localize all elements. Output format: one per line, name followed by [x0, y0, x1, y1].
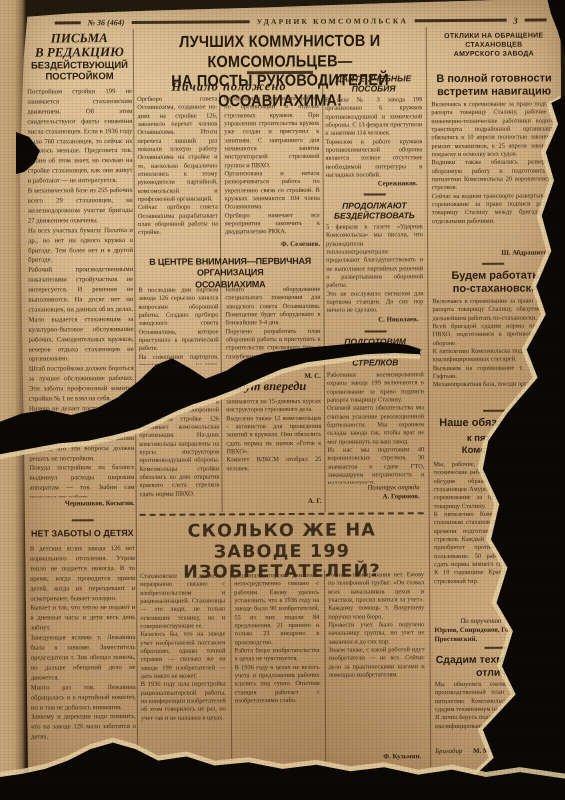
nachalo-signature: Ф. Селезнев.: [225, 241, 320, 249]
letters-header: ПИСЬМА В РЕДАКЦИЮ: [27, 31, 132, 60]
column-rule: [219, 92, 223, 512]
masthead-rule: [131, 21, 249, 24]
dajte-body: В цехе № 3 завода 199 организовано 6 кру…: [325, 96, 422, 179]
letters-article2-signature: Е. Дороднов.: [31, 747, 129, 755]
section-prodolzhayut-title: ПРОДОЛЖАЮТ БЕЗДЕЙСТВОВАТЬ: [326, 200, 423, 221]
centre-col1: В последние дни партком завода 126 серье…: [138, 286, 218, 364]
masthead-rule: [55, 22, 81, 25]
idut-col1: Активное участие в развертывании оборонн…: [139, 398, 220, 510]
section-idut-title: Комсомольцы идут впереди: [139, 379, 321, 395]
letters-article1-signature: Чернышков, Косыгин.: [30, 500, 135, 508]
right-r3-sig-intro: По поручению общего собрания:: [434, 617, 554, 625]
article-divider: [365, 330, 387, 332]
letters-article1-body: Постройком стройки 199 не занимается ста…: [27, 87, 135, 498]
kolko-signature: Ф. Кузьмин.: [329, 753, 421, 761]
right-r3-body: Мы, рабочие, служащие и инженерно-технич…: [433, 460, 560, 617]
column-rule: [230, 570, 232, 768]
right-kicker: ОТКЛИКИ НА ОБРАЩЕНИЕ СТАХАНОВЦЕВ АМУРСКО…: [431, 31, 557, 59]
idut-signature: А. Г.: [227, 498, 322, 506]
right-r3-title: Наше обязательство: [433, 416, 559, 429]
podgotovim-body: Работники военизированной охраны завода …: [327, 371, 425, 484]
section-nachalo-title: Начало положено: [137, 79, 321, 95]
article-divider: [483, 410, 505, 412]
kolko-col3: точного планирования нет. Ежову по телеф…: [328, 571, 425, 752]
nachalo-col1: Оргбюро совета Осоавиахима, созданное на…: [137, 95, 218, 245]
article-divider: [485, 647, 507, 649]
article-divider: [364, 193, 386, 195]
right-r1-signature: Ш. Абдрашитов.: [432, 249, 552, 257]
section-rule: [140, 512, 424, 516]
centre-col2: Начато оборудование специального помещен…: [225, 286, 321, 371]
right-r4-body: Мы обязуемся ежемесячно выполнять произв…: [435, 680, 561, 747]
dajte-signature: Сережников.: [326, 180, 418, 188]
podgotovim-signature-role: Политрук отряда: [328, 484, 420, 492]
right-r3-subtitle: к пятилетию Комсомольска: [433, 432, 559, 457]
podgotovim-signature: А. Горюнов.: [328, 493, 420, 501]
headline-underline: [247, 71, 313, 74]
letters-article1-title: БЕЗДЕЙСТВУЮЩИЙ ПОСТРОЙКОМ: [27, 61, 132, 83]
right-r3-signature: Юрлов, Спиридонов, Головченко, Простянск…: [434, 626, 556, 644]
idut-col2: занимаются на 15-дневных курсах инструкт…: [226, 398, 322, 497]
masthead: № 36 (464) УДАРНИК КОМСОМОЛЬСКА 3: [55, 12, 547, 30]
section-dajte-title: ДАЙТЕ УЧЕБНЫЕ ПОСОБИЯ: [325, 73, 422, 94]
prodolzhayut-body: 5 февраля в газете «Ударник Комсомольска…: [326, 223, 424, 316]
article-divider: [482, 263, 504, 265]
newspaper-scan: № 36 (464) УДАРНИК КОМСОМОЛЬСКА 3 ПИСЬМА…: [0, 0, 565, 800]
kolko-col2: рационализаторское движение непосредстве…: [234, 572, 320, 769]
newspaper-page: № 36 (464) УДАРНИК КОМСОМОЛЬСКА 3 ПИСЬМА…: [19, 0, 565, 800]
kolko-col1: Стахановское движение неразрывно связано…: [140, 572, 226, 769]
right-r4-signature: М. Машкина.: [473, 747, 557, 755]
article-divider: [72, 519, 94, 521]
nachalo-col2: Осоавиахима развернута работа по организ…: [224, 95, 320, 240]
right-r1-title: В полной готовности встретим навигацию: [431, 72, 557, 99]
masthead-rule: [415, 19, 506, 22]
right-r4-title: Сдадим техминимум на отлично: [435, 653, 561, 679]
newspaper-title: УДАРНИК КОМСОМОЛЬСКА: [257, 16, 409, 26]
right-r1-body: Включаясь в соревнование за право подпис…: [431, 100, 558, 249]
right-r2-title: Будем работать по-стахановски: [432, 269, 558, 296]
issue-number: № 36 (464): [88, 18, 125, 27]
right-r2-signature: И. Болотин.: [433, 396, 553, 404]
column-rule: [324, 570, 326, 768]
page-number: 3: [513, 15, 518, 25]
section-podgotovim-title: ПОДГОТОВИМ 40 ВОРОШИЛОВСКИХ СТРЕЛКОВ: [327, 336, 424, 368]
right-r2-body: Включаясь в соревнование за право подпис…: [432, 297, 559, 396]
letters-article2-body: В детских яслях завода 126 нет нормально…: [30, 544, 136, 745]
masthead-rule: [525, 19, 547, 22]
letters-article2-title: НЕТ ЗАБОТЫ О ДЕТЯХ: [30, 528, 135, 539]
prodolzhayut-signature: С. Николаев.: [326, 316, 418, 324]
